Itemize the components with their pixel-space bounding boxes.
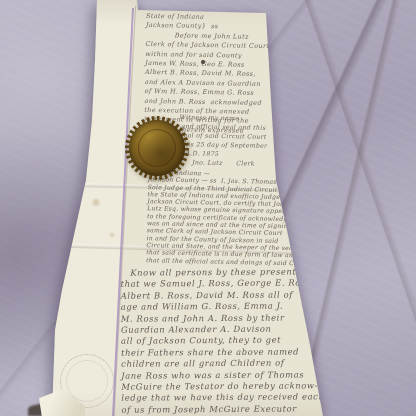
paper-shading-overlay <box>0 0 416 416</box>
document-paper: State of IndianaJackson County} ss Befor… <box>0 0 416 416</box>
photo-scene: State of IndianaJackson County} ss Befor… <box>0 0 416 416</box>
paper-sheet: State of IndianaJackson County} ss Befor… <box>0 0 416 416</box>
